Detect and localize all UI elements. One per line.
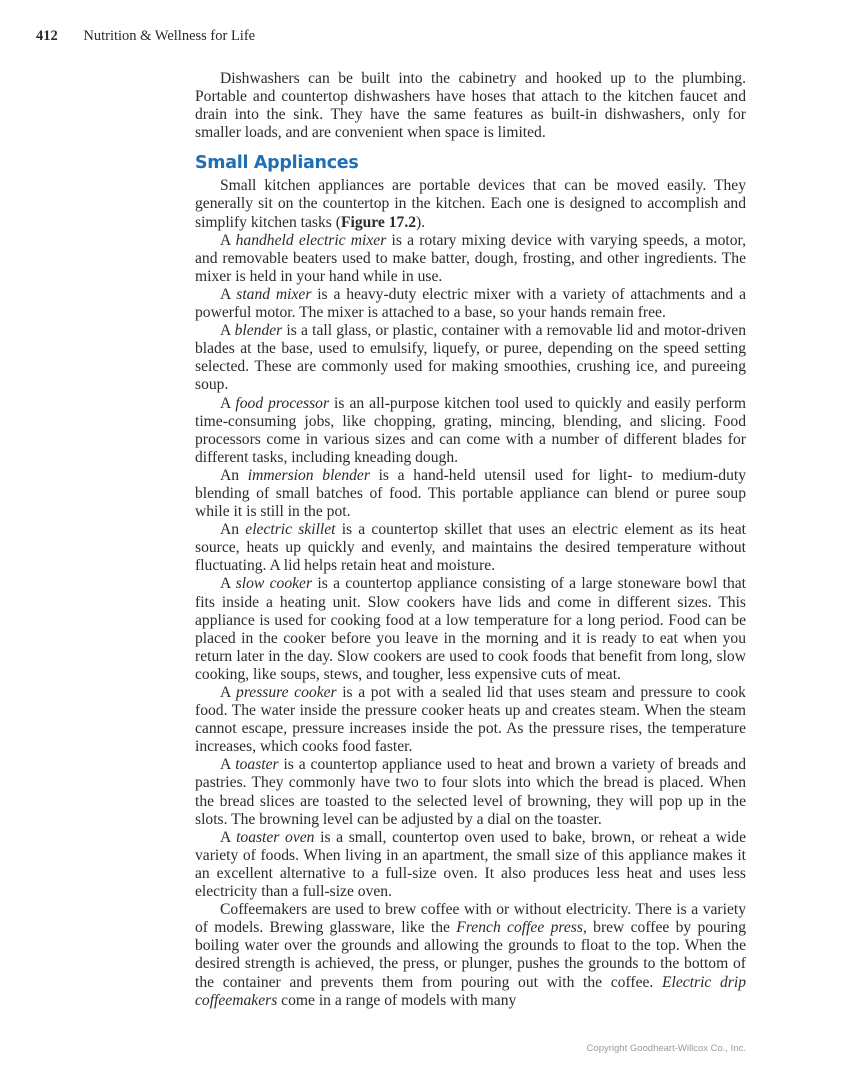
paragraph: A blender is a tall glass, or plastic, c… — [195, 322, 746, 394]
running-header: 412 Nutrition & Wellness for Life — [36, 28, 255, 45]
paragraph-text: A — [220, 286, 236, 303]
section-paragraphs: Small kitchen appliances are portable de… — [195, 177, 746, 1009]
book-title: Nutrition & Wellness for Life — [83, 28, 255, 44]
key-term: toaster — [235, 756, 278, 773]
page-number: 412 — [36, 28, 58, 44]
key-term: immersion blender — [248, 467, 370, 484]
paragraph-text: A — [220, 395, 235, 412]
paragraph: An electric skillet is a countertop skil… — [195, 521, 746, 575]
paragraph: A stand mixer is a heavy-duty electric m… — [195, 286, 746, 322]
paragraph-text: A — [220, 322, 235, 339]
paragraph: A handheld electric mixer is a rotary mi… — [195, 232, 746, 286]
key-term: stand mixer — [236, 286, 311, 303]
paragraph-text: ). — [416, 214, 425, 231]
paragraph-text: An — [220, 521, 245, 538]
paragraph: Coffeemakers are used to brew coffee wit… — [195, 901, 746, 1010]
paragraph: A pressure cooker is a pot with a sealed… — [195, 684, 746, 756]
intro-paragraphs: Dishwashers can be built into the cabine… — [195, 70, 746, 142]
key-term: electric skillet — [245, 521, 335, 538]
paragraph: Small kitchen appliances are portable de… — [195, 177, 746, 231]
paragraph: A toaster oven is a small, countertop ov… — [195, 829, 746, 901]
key-term: handheld electric mixer — [236, 232, 387, 249]
paragraph-text: is a countertop appliance used to heat a… — [195, 756, 746, 827]
key-term: slow cooker — [236, 575, 312, 592]
paragraph-text: A — [220, 756, 235, 773]
key-term: pressure cooker — [236, 684, 337, 701]
figure-reference: Figure 17.2 — [341, 214, 416, 231]
paragraph: An immersion blender is a hand-held uten… — [195, 467, 746, 521]
paragraph-text: A — [220, 232, 236, 249]
key-term: blender — [235, 322, 283, 339]
body-column: Dishwashers can be built into the cabine… — [195, 70, 746, 1010]
key-term: toaster oven — [236, 829, 314, 846]
paragraph-text: Small kitchen appliances are portable de… — [195, 177, 746, 230]
paragraph-text: An — [220, 467, 248, 484]
paragraph-text: A — [220, 684, 236, 701]
key-term: food processor — [235, 395, 329, 412]
paragraph-text: come in a range of models with many — [277, 992, 516, 1009]
paragraph-text: A — [220, 575, 236, 592]
copyright-notice: Copyright Goodheart-Willcox Co., Inc. — [587, 1043, 746, 1054]
paragraph: A toaster is a countertop appliance used… — [195, 756, 746, 828]
paragraph: A food processor is an all-purpose kitch… — [195, 395, 746, 467]
section-heading: Small Appliances — [195, 152, 746, 174]
paragraph: A slow cooker is a countertop appliance … — [195, 575, 746, 684]
paragraph-text: A — [220, 829, 236, 846]
paragraph: Dishwashers can be built into the cabine… — [195, 70, 746, 142]
paragraph-text: Dishwashers can be built into the cabine… — [195, 70, 746, 141]
key-term: French coffee press — [456, 919, 583, 936]
